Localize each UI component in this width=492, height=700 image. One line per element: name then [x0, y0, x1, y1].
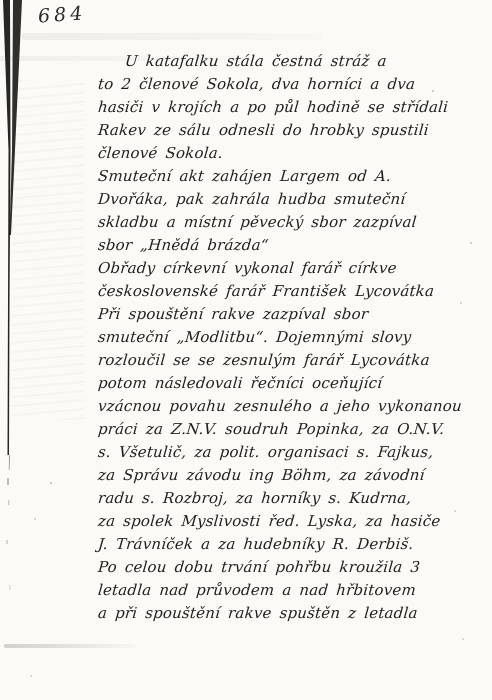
handwritten-line: členové Sokola.	[97, 142, 487, 165]
handwritten-line: letadla nad průvodem a nad hřbitovem	[97, 579, 487, 602]
handwritten-line: Po celou dobu trvání pohřbu kroužila 3	[97, 556, 487, 579]
handwritten-line: za Správu závodu ing Böhm, za závodní	[97, 464, 487, 487]
page-number: 684	[37, 2, 87, 27]
handwritten-line: potom následovali řečníci oceňující	[97, 372, 487, 395]
handwritten-line: Při spouštění rakve zazpíval sbor	[97, 303, 487, 326]
handwritten-line: Rakev ze sálu odnesli do hrobky spustili	[97, 119, 487, 142]
handwritten-line: s. Všetulič, za polit. organisaci s. Faj…	[97, 441, 487, 464]
handwritten-line: práci za Z.N.V. soudruh Popinka, za O.N.…	[97, 418, 487, 441]
handwritten-line: smuteční „Modlitbu“. Dojemnými slovy	[97, 326, 487, 349]
handwritten-line: československé farář František Lycovátka	[97, 280, 487, 303]
handwritten-line: za spolek Myslivosti řed. Lyska, za hasi…	[97, 510, 487, 533]
handwritten-line: rozloučil se se zesnulým farář Lycovátka	[97, 349, 487, 372]
handwritten-line: Smuteční akt zahájen Largem od A.	[97, 165, 487, 188]
handwritten-line: sbor „Hnědá brázda“	[97, 234, 487, 257]
handwritten-line: hasiči v krojích a po půl hodině se stří…	[97, 96, 487, 119]
handwritten-line: U katafalku stála čestná stráž a	[97, 50, 487, 73]
scanned-document-page: 684 U katafalku stála čestná stráž a to …	[0, 0, 492, 700]
scan-smudge	[22, 33, 322, 40]
handwritten-line: radu s. Rozbroj, za horníky s. Kudrna,	[97, 487, 487, 510]
handwritten-line: J. Trávníček a za hudebníky R. Derbiš.	[97, 533, 487, 556]
handwritten-line: skladbu a místní pěvecký sbor zazpíval	[97, 211, 487, 234]
handwritten-line: Obřady církevní vykonal farář církve	[97, 257, 487, 280]
handwritten-line: Dvořáka, pak zahrála hudba smuteční	[97, 188, 487, 211]
handwritten-text: U katafalku stála čestná stráž a to 2 čl…	[97, 50, 485, 625]
handwritten-line: a při spouštění rakve spuštěn z letadla	[97, 602, 487, 625]
handwritten-line: to 2 členové Sokola, dva horníci a dva	[97, 73, 487, 96]
handwritten-line: vzácnou povahu zesnulého a jeho vykonano…	[97, 395, 487, 418]
binding-shadow	[0, 0, 30, 700]
